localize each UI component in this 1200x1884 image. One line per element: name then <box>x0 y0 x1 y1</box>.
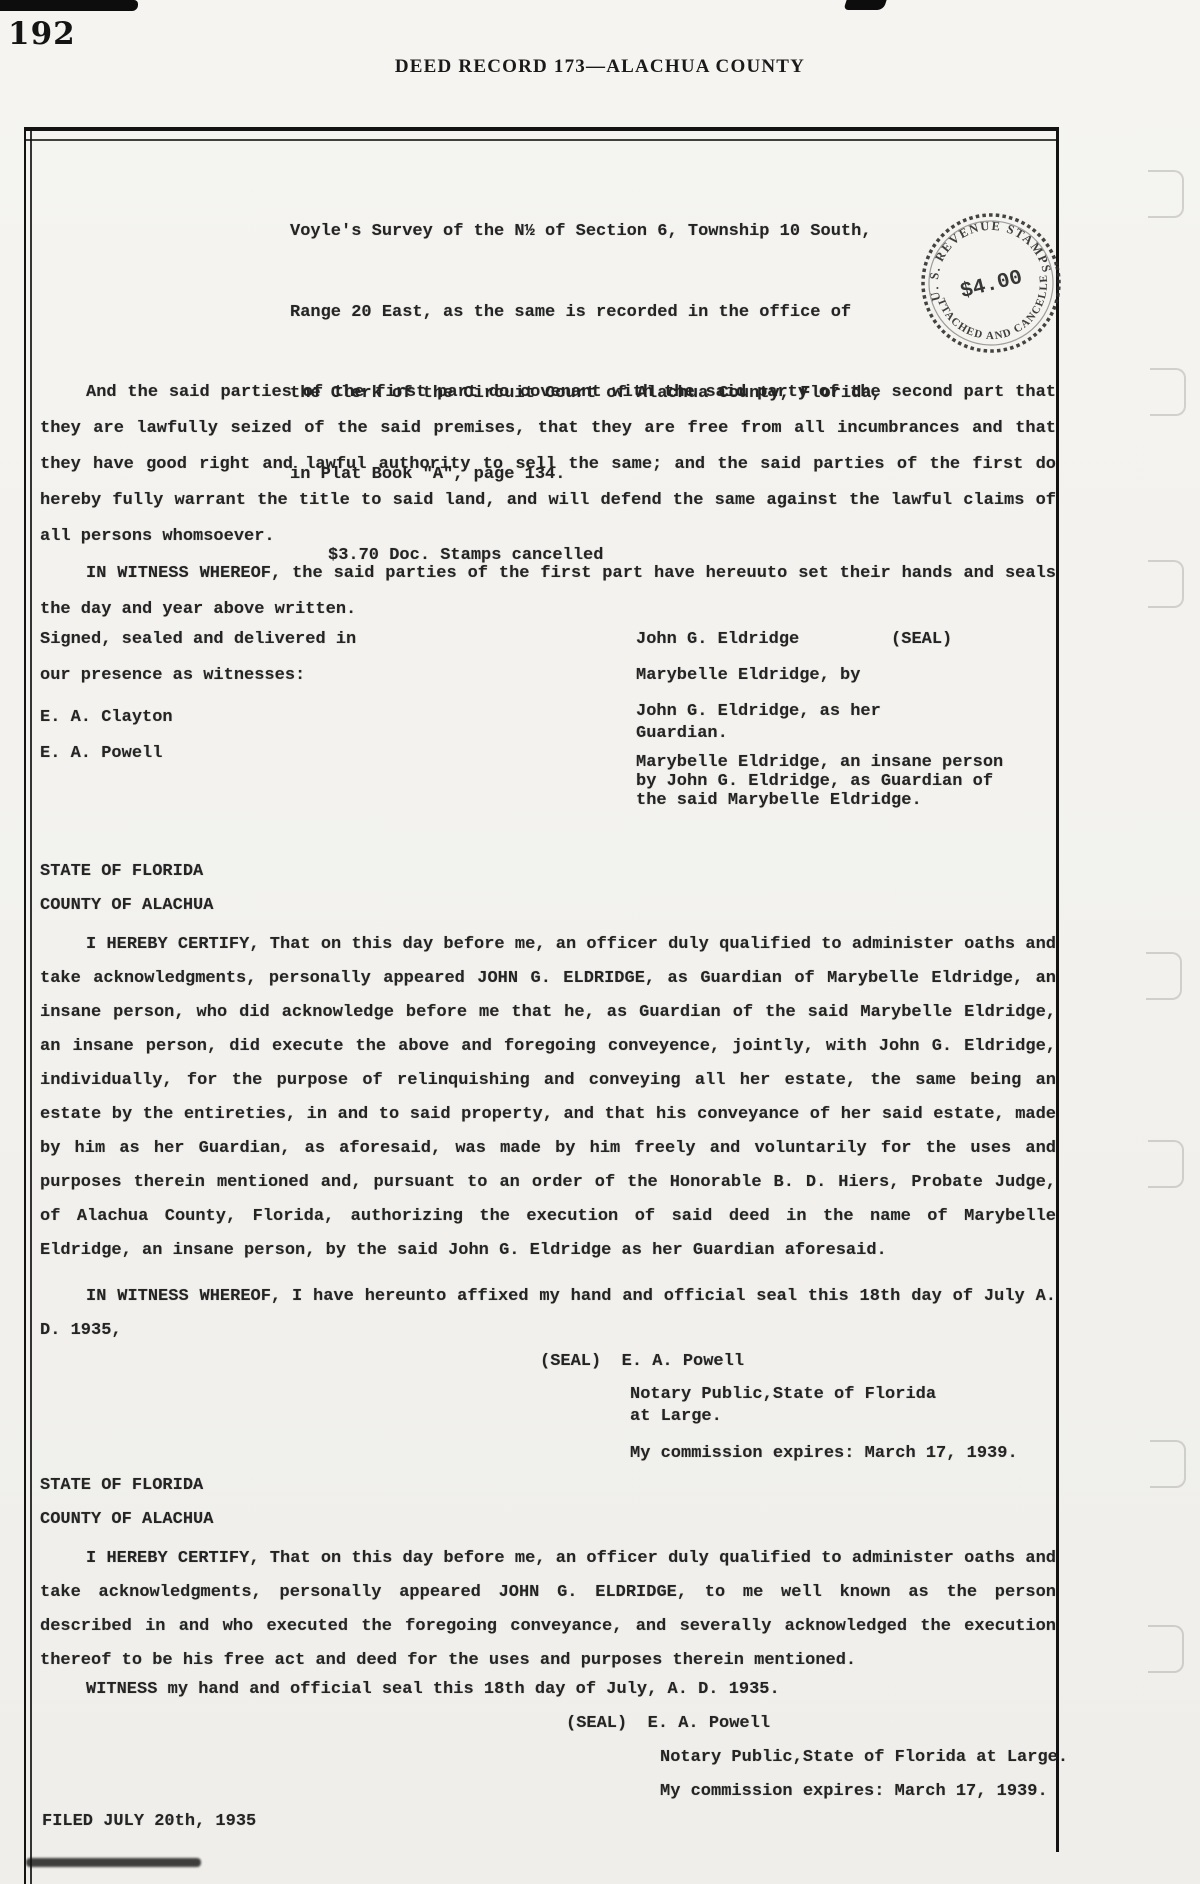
scan-artifact-4 <box>1146 952 1182 1000</box>
legal-description-line: Voyle's Survey of the N½ of Section 6, T… <box>290 214 882 249</box>
notary1-title-line-2: at Large. <box>630 1406 722 1428</box>
scan-smudge-top-mid <box>843 0 886 10</box>
scan-artifact-1 <box>1148 170 1184 218</box>
notary2-state-caption: STATE OF FLORIDA <box>40 1474 203 1497</box>
scan-smudge-top-left <box>0 0 138 11</box>
filed-date-line: FILED JULY 20th, 1935 <box>42 1810 256 1833</box>
notary1-commission-expiry: My commission expires: March 17, 1939. <box>630 1442 1018 1465</box>
legal-description-line: Range 20 East, as the same is recorded i… <box>290 295 882 330</box>
grantor-signature-insane-person-line-2: by John G. Eldridge, as Guardian of <box>636 772 993 791</box>
scan-artifact-3 <box>1148 560 1184 608</box>
grantor-signature-insane-person-line-3: the said Marybelle Eldridge. <box>636 791 922 810</box>
notary2-seal-signature: (SEAL) E. A. Powell <box>566 1712 770 1735</box>
scan-smudge-bottom <box>26 1858 201 1867</box>
covenant-paragraph: And the said parties of the first part d… <box>40 375 1056 555</box>
grantor-signature-guardian-line-1: John G. Eldridge, as her <box>636 700 881 723</box>
grantor-signature-eldridge-seal: John G. Eldridge (SEAL) <box>636 628 952 651</box>
grantor-signature-guardian-line-2: Guardian. <box>636 722 728 745</box>
notary1-title-line-1: Notary Public,State of Florida <box>630 1384 936 1406</box>
frame-left-border-outer <box>24 127 26 1884</box>
scanned-deed-page: { "page": { "number": "192", "header": "… <box>0 0 1200 1884</box>
notary2-title-line: Notary Public,State of Florida at Large. <box>660 1746 1068 1769</box>
witness-signature-clayton: E. A. Clayton <box>40 706 173 729</box>
seal-amount: $4.00 <box>958 267 1025 305</box>
notary2-certification-paragraph: I HEREBY CERTIFY, That on this day befor… <box>40 1542 1056 1678</box>
scan-artifact-6 <box>1150 1440 1186 1488</box>
scan-artifact-7 <box>1148 1625 1184 1673</box>
notary2-witness-line: WITNESS my hand and official seal this 1… <box>86 1678 780 1701</box>
grantor-signature-marybelle-by: Marybelle Eldridge, by <box>636 664 860 687</box>
witness-signature-powell: E. A. Powell <box>40 742 162 765</box>
deed-witness-clause: IN WITNESS WHEREOF, the said parties of … <box>40 556 1056 628</box>
notary1-seal-signature: (SEAL) E. A. Powell <box>540 1350 744 1373</box>
scan-artifact-5 <box>1148 1140 1184 1188</box>
grantor-signature-insane-person-line-1: Marybelle Eldridge, an insane person <box>636 753 1003 772</box>
witness-attestation-line-2: our presence as witnesses: <box>40 664 305 687</box>
revenue-stamp-seal: U. S. REVENUE STAMPS ATTACHED AND CANCEL… <box>900 192 1082 374</box>
frame-top-rule-thin <box>24 139 1059 141</box>
record-book-header: DEED RECORD 173—ALACHUA COUNTY <box>0 56 1200 78</box>
notary1-witness-paragraph: IN WITNESS WHEREOF, I have hereunto affi… <box>40 1280 1056 1348</box>
frame-top-rule-thick <box>24 127 1059 131</box>
notary1-certification-paragraph: I HEREBY CERTIFY, That on this day befor… <box>40 928 1056 1268</box>
scan-artifact-2 <box>1150 368 1186 416</box>
notary1-state-caption: STATE OF FLORIDA <box>40 860 203 883</box>
notary2-commission-expiry: My commission expires: March 17, 1939. <box>660 1780 1048 1803</box>
notary2-county-caption: COUNTY OF ALACHUA <box>40 1508 213 1531</box>
revenue-stamp-seal-graphic: U. S. REVENUE STAMPS ATTACHED AND CANCEL… <box>900 192 1082 374</box>
frame-left-border-inner <box>30 127 32 1884</box>
witness-attestation-line-1: Signed, sealed and delivered in <box>40 628 356 651</box>
notary1-county-caption: COUNTY OF ALACHUA <box>40 894 213 917</box>
frame-right-border <box>1056 127 1059 1852</box>
page-number: 192 <box>8 16 76 52</box>
